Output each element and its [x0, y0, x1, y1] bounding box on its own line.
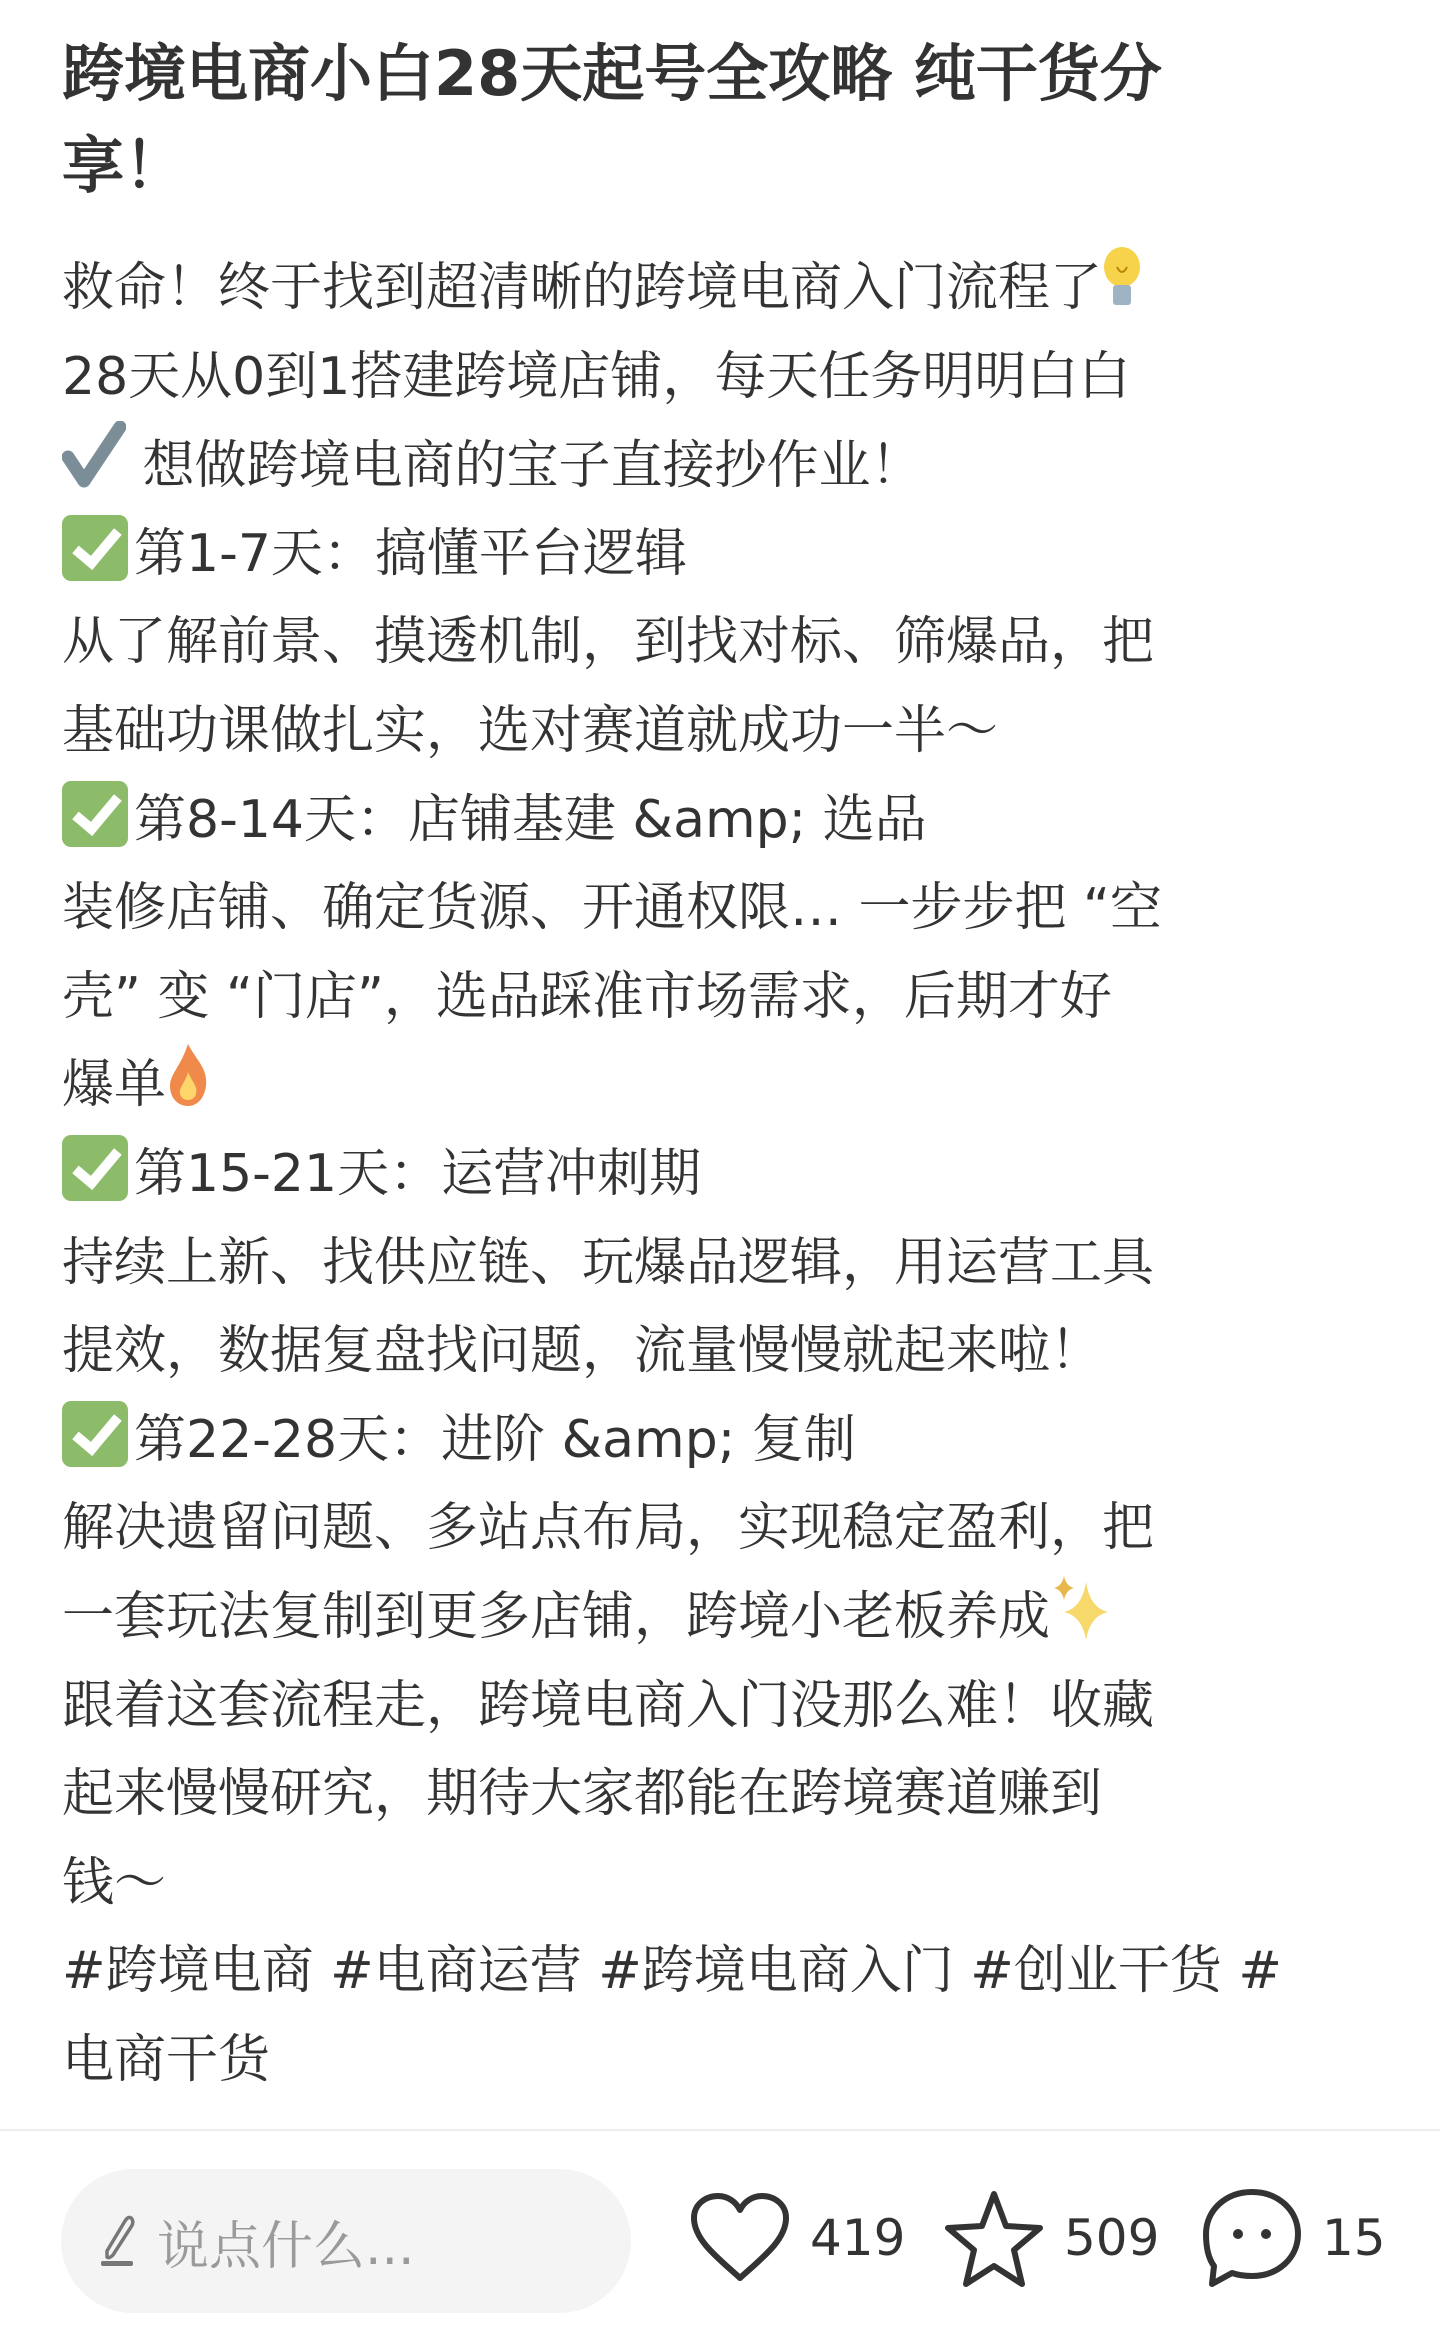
heart-icon	[688, 2192, 792, 2284]
engagement-bar: 说点什么... 419 509 15	[0, 2131, 1440, 2338]
comment-button[interactable]: 15	[1200, 2183, 1386, 2293]
hashtag-line[interactable]: #跨境电商 #电商运营 #跨境电商入门 #创业干货 #	[62, 1927, 1392, 2016]
body-line: 钱～	[62, 1839, 1392, 1928]
green-check-icon	[62, 1401, 128, 1467]
body-line: 爆单	[62, 1041, 1392, 1130]
comment-input[interactable]: 说点什么...	[61, 2169, 631, 2313]
body-line: 跟着这套流程走，跨境电商入门没那么难！收藏	[62, 1662, 1392, 1751]
body-line: 起来慢慢研究，期待大家都能在跨境赛道赚到	[62, 1750, 1392, 1839]
hashtag-line[interactable]: 电商干货	[62, 2016, 1392, 2105]
fire-icon	[166, 1042, 210, 1136]
heavy-check-icon	[62, 421, 126, 517]
post-body: 救命！终于找到超清晰的跨境电商入门流程了 28天从0到1搭建跨境店铺，每天任务明…	[62, 244, 1392, 2104]
lightbulb-icon	[1102, 245, 1142, 339]
post-title: 跨境电商小白28天起号全攻略 纯干货分 享！	[62, 28, 1352, 212]
section-heading: 第15-21天：运营冲刺期	[62, 1130, 1392, 1219]
section-heading: 第22-28天：进阶 &amp; 复制	[62, 1396, 1392, 1485]
body-line: 基础功课做扎实，选对赛道就成功一半～	[62, 687, 1392, 776]
body-line: 装修店铺、确定货源、开通权限… 一步步把 “空	[62, 864, 1392, 953]
body-line: 想做跨境电商的宝子直接抄作业！	[62, 421, 1392, 510]
like-button[interactable]: 419	[688, 2183, 905, 2293]
pencil-icon	[99, 2213, 135, 2269]
green-check-icon	[62, 515, 128, 581]
body-line: 持续上新、找供应链、玩爆品逻辑，用运营工具	[62, 1219, 1392, 1308]
body-line: 解决遗留问题、多站点布局，实现稳定盈利，把	[62, 1484, 1392, 1573]
body-line: 一套玩法复制到更多店铺，跨境小老板养成	[62, 1573, 1392, 1662]
post-title-line: 跨境电商小白28天起号全攻略 纯干货分	[62, 28, 1352, 120]
post-title-line: 享！	[62, 120, 1352, 212]
chat-bubble-icon	[1200, 2186, 1304, 2290]
body-line: 28天从0到1搭建跨境店铺，每天任务明明白白	[62, 333, 1392, 422]
comment-placeholder: 说点什么...	[157, 2204, 415, 2279]
section-heading: 第8-14天：店铺基建 &amp; 选品	[62, 776, 1392, 865]
like-count: 419	[810, 2209, 905, 2267]
body-line: 从了解前景、摸透机制，到找对标、筛爆品，把	[62, 598, 1392, 687]
section-heading: 第1-7天：搞懂平台逻辑	[62, 510, 1392, 599]
green-check-icon	[62, 781, 128, 847]
body-line: 提效，数据复盘找问题，流量慢慢就起来啦！	[62, 1307, 1392, 1396]
body-line: 救命！终于找到超清晰的跨境电商入门流程了	[62, 244, 1392, 333]
favorite-count: 509	[1064, 2209, 1159, 2267]
green-check-icon	[62, 1135, 128, 1201]
sparkles-icon	[1050, 1574, 1110, 1668]
star-icon	[942, 2188, 1046, 2288]
favorite-button[interactable]: 509	[942, 2183, 1159, 2293]
body-line: 壳” 变 “门店”，选品踩准市场需求，后期才好	[62, 953, 1392, 1042]
comment-count: 15	[1322, 2209, 1386, 2267]
